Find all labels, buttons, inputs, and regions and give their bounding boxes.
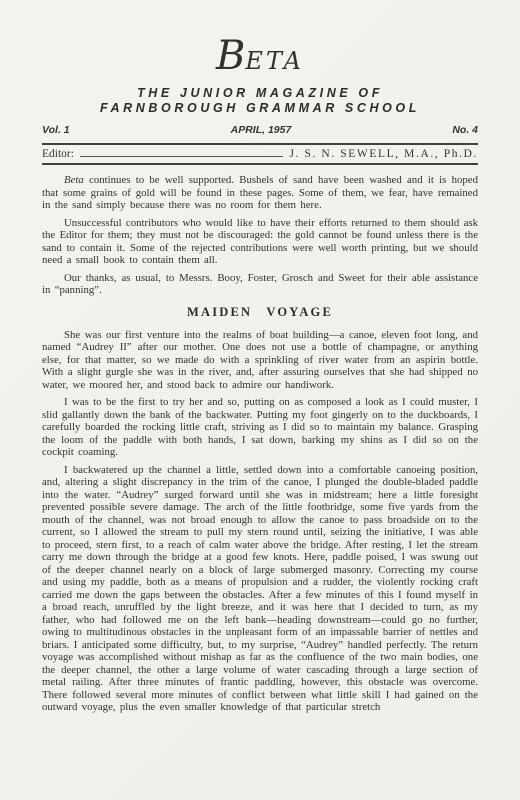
beta-lead-italic: Beta	[64, 174, 84, 186]
date-label: APRIL, 1957	[231, 124, 292, 136]
title-rest: ETA	[245, 47, 304, 75]
editor-row: Editor: J. S. N. SEWELL, M.A., Ph.D.	[42, 143, 478, 165]
article-heading: MAIDEN VOYAGE	[42, 305, 478, 320]
article-paragraph-2: I was to be the first to try her and so,…	[42, 396, 478, 459]
issue-info-row: Vol. 1 APRIL, 1957 No. 4	[42, 124, 478, 136]
editorial-paragraph-1-text: continues to be well supported. Bushels …	[42, 174, 478, 211]
article-section: She was our first venture into the realm…	[42, 329, 478, 714]
editor-rule	[80, 147, 283, 157]
editorial-section: Beta continues to be well supported. Bus…	[42, 174, 478, 297]
subtitle-line-2: FARNBOROUGH GRAMMAR SCHOOL	[42, 101, 478, 116]
article-paragraph-1: She was our first venture into the realm…	[42, 329, 478, 392]
title-initial: B	[216, 33, 245, 79]
magazine-page: BETA THE JUNIOR MAGAZINE OF FARNBOROUGH …	[0, 0, 520, 800]
magazine-title: BETA	[42, 36, 478, 76]
article-paragraph-3: I backwatered up the channel a little, s…	[42, 464, 478, 714]
issue-number-label: No. 4	[452, 124, 478, 136]
editorial-paragraph-2: Unsuccessful contributors who would like…	[42, 217, 478, 267]
editorial-paragraph-3: Our thanks, as usual, to Messrs. Booy, F…	[42, 272, 478, 297]
editor-label: Editor:	[42, 148, 74, 160]
magazine-subtitle: THE JUNIOR MAGAZINE OF FARNBOROUGH GRAMM…	[42, 86, 478, 115]
subtitle-line-1: THE JUNIOR MAGAZINE OF	[42, 86, 478, 101]
editor-name: J. S. N. SEWELL, M.A., Ph.D.	[289, 148, 478, 160]
masthead: BETA THE JUNIOR MAGAZINE OF FARNBOROUGH …	[42, 36, 478, 165]
volume-label: Vol. 1	[42, 124, 70, 136]
editorial-paragraph-1: Beta continues to be well supported. Bus…	[42, 174, 478, 212]
